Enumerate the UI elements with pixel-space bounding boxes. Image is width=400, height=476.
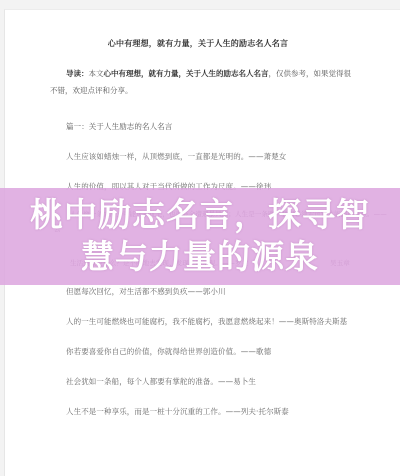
quote-5: 但愿每次回忆，对生活都不感到负疚——郭小川 [66,286,226,297]
intro-paragraph: 导读：本文心中有理想，就有力量，关于人生的励志名人名言，仅供参考，如果觉得很不错… [50,65,355,99]
banner-title-line-2: 慧与力量的源泉 [0,236,400,278]
title-banner: 桃中励志名言，探寻智 慧与力量的源泉 [0,188,400,285]
section-heading: 篇一：关于人生励志的名人名言 [66,121,172,132]
quote-1: 人生应该如蜡烛一样，从顶燃到底，一直都是光明的。——萧楚女 [66,151,286,162]
intro-prefix: 本文 [89,69,104,78]
quote-9: 人生不是一种享乐，而是一桩十分沉重的工作。——列夫·托尔斯泰 [66,406,289,417]
intro-label: 导读： [66,69,89,78]
document-title: 心中有理想，就有力量，关于人生的励志名人名言 [0,38,396,49]
quote-8: 社会犹如一条船，每个人都要有掌舵的准备。——易卜生 [66,376,256,387]
banner-title-line-1: 桃中励志名言，探寻智 [0,194,400,236]
quote-7: 你若要喜爱你自己的价值，你就得给世界创造价值。——歌德 [66,346,271,357]
quote-6: 人的一生可能燃烧也可能腐朽，我不能腐朽，我愿意燃烧起来！——奥斯特洛夫斯基 [66,316,347,327]
intro-bold-title: 心中有理想，就有力量，关于人生的励志名人名言 [104,69,269,78]
